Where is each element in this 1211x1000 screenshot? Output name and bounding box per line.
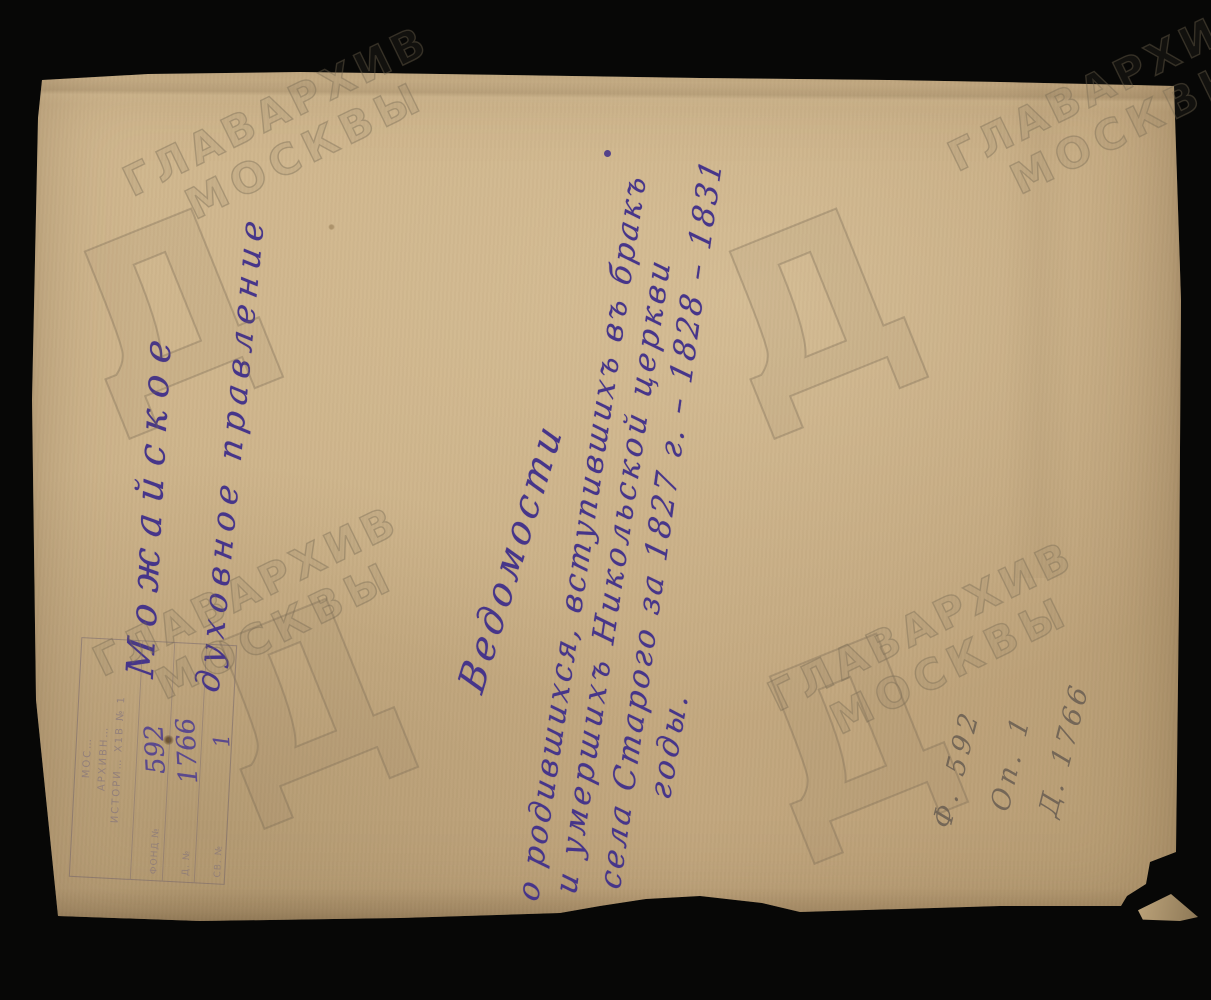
archive-stamp: МОС… АРХИВН… ИСТОРИ… Х1В № 1 ФОНД № 592 …	[69, 637, 237, 885]
archival-scan: Можайское духовное правление Ведомости о…	[0, 0, 1211, 1000]
stamp-field-value: 1	[210, 733, 236, 748]
archival-code-fond: Ф. 592	[927, 705, 986, 833]
stain	[328, 224, 335, 230]
paper-crease	[1004, 56, 1074, 578]
archival-code-delo: Д. 1766	[1033, 678, 1095, 820]
archival-code-opis: Оп. 1	[985, 709, 1037, 815]
annotation-line-2: духовное правление	[188, 210, 272, 695]
document-cover: Можайское духовное правление Ведомости о…	[28, 56, 1184, 926]
stamp-field-label: СВ. №	[213, 845, 228, 884]
annotation-line-1: Можайское	[118, 325, 180, 681]
ink-dot	[604, 150, 611, 157]
